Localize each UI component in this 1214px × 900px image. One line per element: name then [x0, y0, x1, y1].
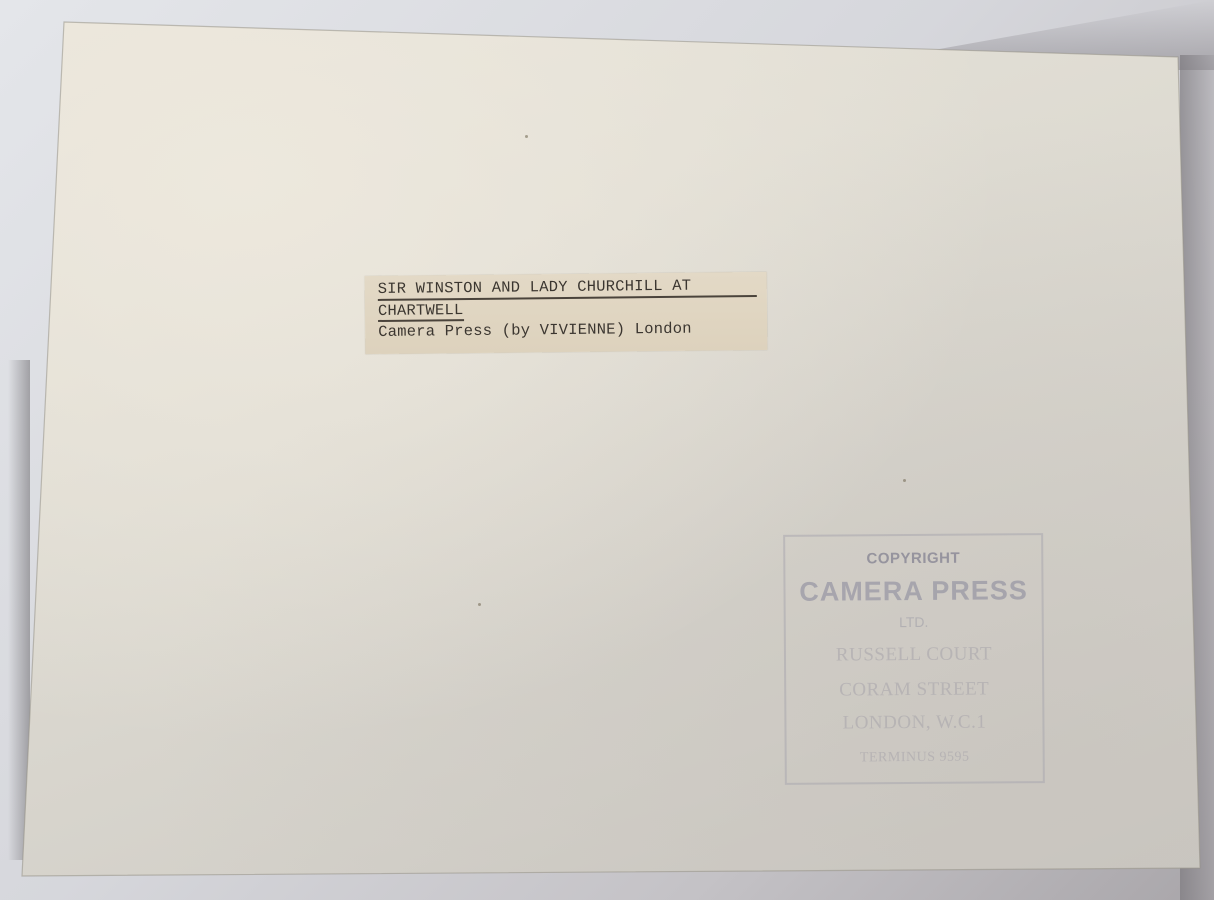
dust-speck [525, 135, 528, 138]
caption-credit: Camera Press (by VIVIENNE) London [378, 318, 757, 343]
caption-label: SIR WINSTON AND LADY CHURCHILL AT CHARTW… [365, 272, 768, 354]
stamp-suffix: LTD. [786, 613, 1042, 631]
stamp-address-line-1: RUSSELL COURT [786, 643, 1042, 667]
dust-speck [478, 603, 481, 606]
stamp-address-line-2: CORAM STREET [786, 678, 1042, 702]
stamp-address-line-3: LONDON, W.C.1 [786, 711, 1042, 735]
caption-title-line-2: CHARTWELL [378, 301, 464, 322]
dust-speck [903, 479, 906, 482]
stamp-phone: TERMINUS 9595 [787, 749, 1043, 767]
stamp-company: CAMERA PRESS [785, 575, 1041, 608]
copyright-stamp: COPYRIGHT CAMERA PRESS LTD. RUSSELL COUR… [783, 533, 1045, 785]
stamp-heading: COPYRIGHT [785, 549, 1041, 568]
